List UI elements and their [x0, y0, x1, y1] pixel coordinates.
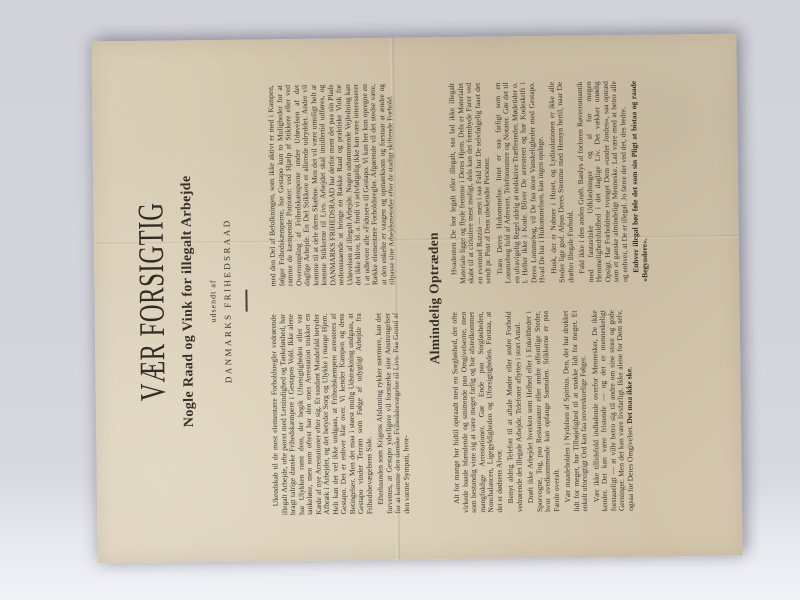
section-heading: Almindelig Optræden — [423, 37, 444, 559]
document-title: VÆR FORSIGTIG — [134, 124, 168, 479]
body-column-right: Hvadenten De bor legalt eller illegalt, … — [448, 81, 649, 284]
paragraph: Træn Deres Hukommelse. Intet er saa farl… — [493, 82, 546, 284]
paragraph: med den Del af Befolkningen, som ikke ak… — [267, 84, 397, 287]
issued-by-line: udsendt af — [205, 40, 220, 562]
intro-column-right: med den Del af Befolkningen, som ikke ak… — [267, 84, 408, 287]
paragraph: Fald ikke i den anden Grøft. Banlys al f… — [576, 81, 629, 283]
body-column-left: Alt for mange har hidtil optraadt med en… — [451, 310, 652, 513]
paragraph: Husk, der er Naboer i Huset, og Lydisola… — [547, 82, 575, 283]
paragraph: Vær maadeholden i Nydelsen af Spiritus. … — [562, 310, 590, 511]
document-subtitle: Nogle Raad og Vink for illegalt Arbejde — [177, 40, 199, 562]
divider-rule — [245, 290, 247, 312]
paragraph: Ukendskab til de mest elementære Forhold… — [270, 313, 374, 515]
paragraph: Enhver illegal bør føle det som sin Plig… — [630, 81, 649, 282]
intro-section: Ukendskab til de mest elementære Forhold… — [267, 84, 411, 516]
paragraph: Hvadenten De bor legalt eller illegalt, … — [448, 83, 493, 285]
paragraph: Drøft ikke Arbejdet hverken som Helhed e… — [525, 311, 561, 512]
publisher-name: DANMARKS FRIHEDSRAAD — [219, 40, 236, 562]
paper-document: VÆR FORSIGTIG Nogle Raad og Vink for ill… — [91, 34, 742, 564]
paragraph: Benyt aldrig Telefon til at aftale Møder… — [505, 311, 524, 512]
body-section: Alt for mange har hidtil optraadt med en… — [448, 81, 652, 513]
intro-column-left: Ukendskab til de mest elementære Forhold… — [270, 313, 411, 516]
photo-backdrop: VÆR FORSIGTIG Nogle Raad og Vink for ill… — [0, 0, 800, 600]
paragraph: Alt for mange har hidtil optraadt med en… — [451, 311, 504, 513]
paragraph: Vær ikke tillidsfuld indladende overfor … — [590, 310, 635, 512]
corner-fold — [720, 34, 736, 50]
paragraph: Efterhaanden som Krigens Afslutning rykk… — [375, 313, 411, 514]
